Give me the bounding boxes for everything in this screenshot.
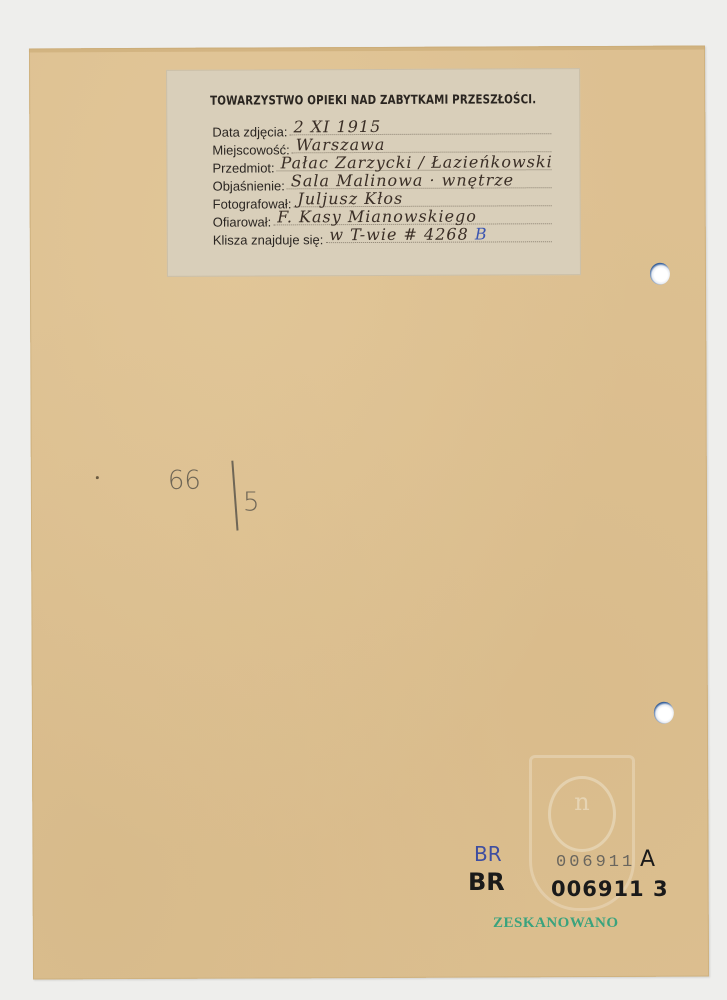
negative-number: w T-wie # 4268 <box>329 225 468 245</box>
speck <box>96 476 99 479</box>
field-label: Objaśnienie: <box>213 178 287 193</box>
society-label: TOWARZYSTWO OPIEKI NAD ZABYTKAMI PRZESZŁ… <box>166 68 581 277</box>
scanned-stamp: ZESKANOWANO <box>493 915 619 932</box>
field-negative-location: Klisza znajduje się: w T-wie # 4268 B <box>213 230 552 247</box>
catalog-handwritten-number: 006911 3 <box>551 877 669 901</box>
punch-hole-bottom <box>654 702 674 724</box>
label-title: TOWARZYSTWO OPIEKI NAD ZABYTKAMI PRZESZŁ… <box>204 91 542 107</box>
field-label: Przedmiot: <box>212 160 276 175</box>
field-value: w T-wie # 4268 B <box>329 224 487 244</box>
punch-hole-top <box>650 263 670 285</box>
pencil-divider <box>231 461 238 531</box>
dotted-line: w T-wie # 4268 B <box>325 240 551 243</box>
field-label: Ofiarował: <box>213 214 274 229</box>
pencil-note-right: 5 <box>243 487 260 517</box>
field-value: Warszawa <box>296 135 386 154</box>
card-edge <box>29 46 705 53</box>
field-label: Klisza znajduje się: <box>213 232 326 247</box>
field-value: 2 XI 1915 <box>293 117 381 136</box>
field-value: Pałac Zarzycki / Łazieńkowski <box>281 152 553 172</box>
catalog-br-black: BR <box>468 868 505 896</box>
catalog-stamped-number: 006911 <box>556 853 635 872</box>
catalog-br-blue: BR <box>474 842 502 866</box>
catalog-suffix-a: A <box>640 847 655 872</box>
field-value: Juljusz Kłos <box>297 189 403 208</box>
watermark-monogram: n <box>532 788 632 816</box>
field-label: Data zdjęcia: <box>212 124 289 139</box>
negative-suffix: B <box>475 224 488 243</box>
field-value: Sala Malinowa · wnętrze <box>291 170 514 190</box>
field-value: F. Kasy Mianowskiego <box>277 207 477 227</box>
pencil-note-left: 66 <box>168 466 201 496</box>
